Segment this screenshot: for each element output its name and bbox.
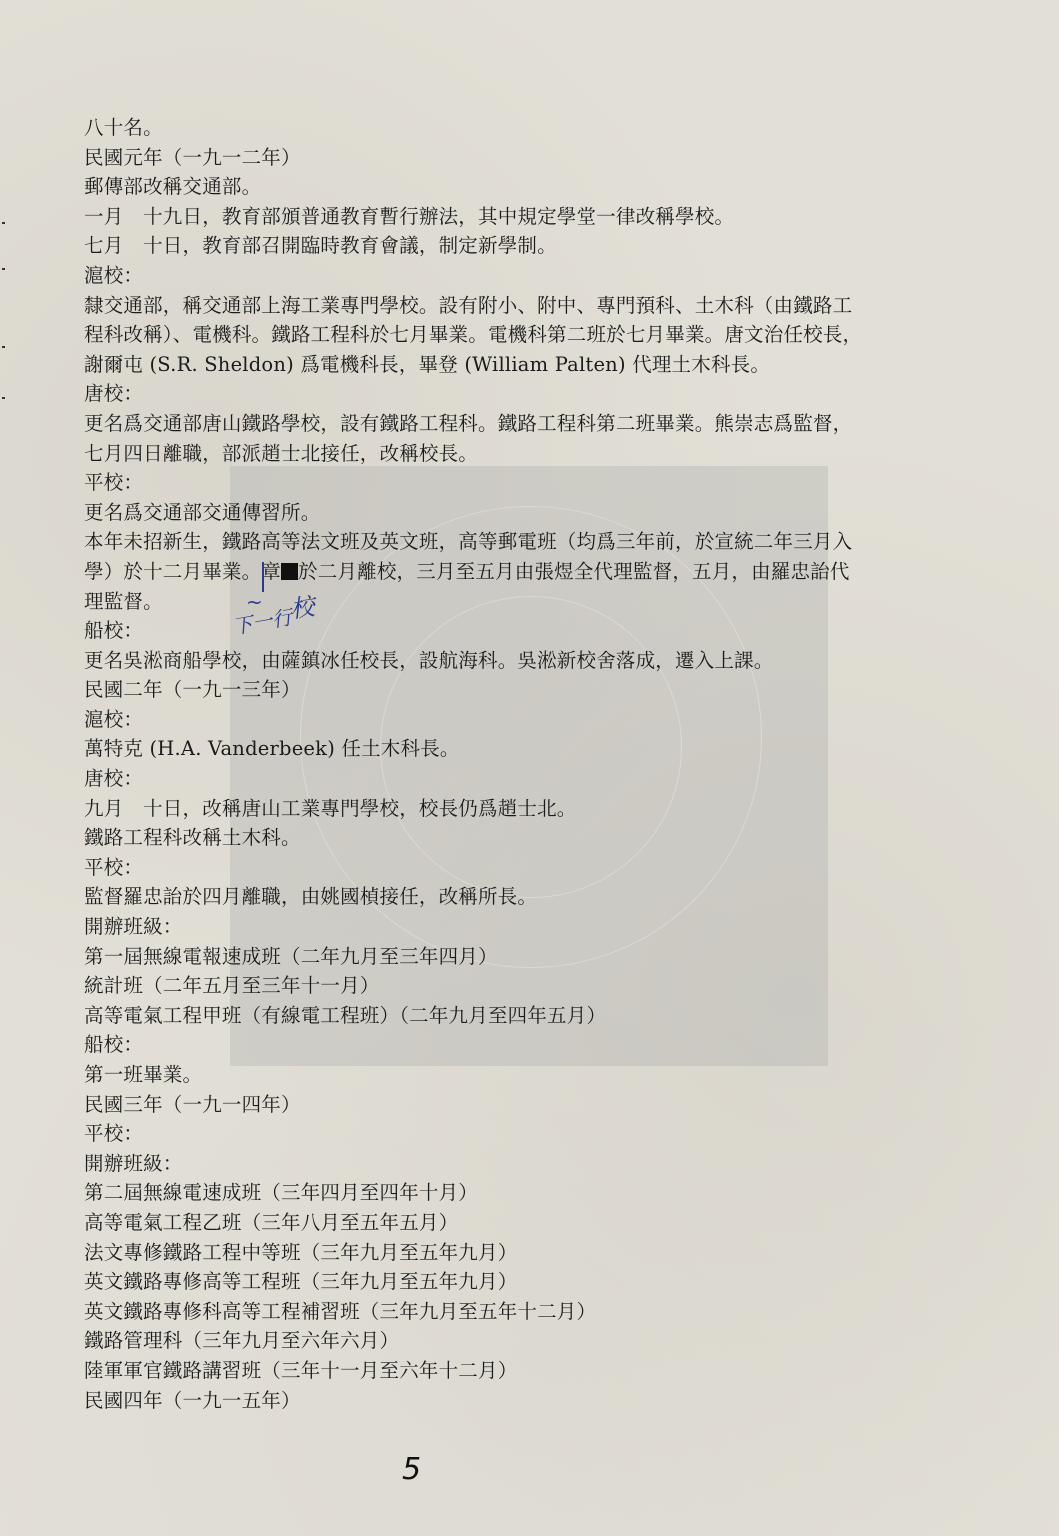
page-number: 5 bbox=[402, 1452, 421, 1487]
text-line: 鐵路工程科改稱土木科。 bbox=[84, 823, 964, 853]
margin-speck bbox=[2, 397, 5, 399]
text-line: 九月 十日，改稱唐山工業專門學校，校長仍爲趙士北。 bbox=[84, 794, 964, 824]
handwritten-insert-mark bbox=[262, 562, 264, 592]
year-heading: 民國二年（一九一三年） bbox=[84, 675, 964, 705]
class-item: 第一屆無線電報速成班（二年九月至三年四月） bbox=[84, 942, 964, 972]
text-line: 第一班畢業。 bbox=[84, 1060, 964, 1090]
document-body: 八十名。 民國元年（一九一二年） 郵傳部改稱交通部。 一月 十九日，教育部頒普通… bbox=[84, 113, 964, 1415]
text-line: 萬特克 (H.A. Vanderbeek) 任土木科長。 bbox=[84, 734, 964, 764]
text-line-with-redaction: 學）於十二月畢業。章於二月離校，三月至五月由張煜全代理監督，五月，由羅忠詒代 bbox=[84, 557, 964, 587]
text-line: 隸交通部，稱交通部上海工業專門學校。設有附小、附中、專門預科、土木科（由鐵路工 bbox=[84, 291, 964, 321]
margin-speck bbox=[2, 346, 5, 348]
text-line: 更名爲交通部交通傳習所。 bbox=[84, 498, 964, 528]
class-item: 高等電氣工程甲班（有線電工程班）（二年九月至四年五月） bbox=[84, 1001, 964, 1031]
school-heading: 唐校： bbox=[84, 379, 964, 409]
school-heading: 平校： bbox=[84, 1119, 964, 1149]
school-heading: 平校： bbox=[84, 853, 964, 883]
class-item: 鐵路管理科（三年九月至六年六月） bbox=[84, 1326, 964, 1356]
text-line: 八十名。 bbox=[84, 113, 964, 143]
handwritten-note-school: 校 bbox=[288, 587, 317, 625]
class-item: 法文專修鐵路工程中等班（三年九月至五年九月） bbox=[84, 1238, 964, 1268]
year-heading: 民國元年（一九一二年） bbox=[84, 143, 964, 173]
text-line: 監督羅忠詒於四月離職，由姚國楨接任，改稱所長。 bbox=[84, 882, 964, 912]
text-line: 更名爲交通部唐山鐵路學校，設有鐵路工程科。鐵路工程科第二班畢業。熊崇志爲監督， bbox=[84, 409, 964, 439]
school-heading: 唐校： bbox=[84, 764, 964, 794]
margin-speck bbox=[2, 222, 5, 224]
school-heading: 船校： bbox=[84, 616, 964, 646]
text-line: 郵傳部改稱交通部。 bbox=[84, 172, 964, 202]
year-heading: 民國三年（一九一四年） bbox=[84, 1090, 964, 1120]
school-heading: 滬校： bbox=[84, 705, 964, 735]
text-line: 理監督。 bbox=[84, 587, 964, 617]
redaction-block bbox=[281, 563, 298, 580]
margin-speck bbox=[2, 268, 5, 270]
text-line: 更名吳淞商船學校，由薩鎮冰任校長，設航海科。吳淞新校舍落成，遷入上課。 bbox=[84, 646, 964, 676]
school-heading: 滬校： bbox=[84, 261, 964, 291]
school-heading: 船校： bbox=[84, 1030, 964, 1060]
text-line: 本年未招新生，鐵路高等法文班及英文班，高等郵電班（均爲三年前，於宣統二年三月入 bbox=[84, 527, 964, 557]
text-line: 七月四日離職，部派趙士北接任，改稱校長。 bbox=[84, 439, 964, 469]
class-item: 第二屆無線電速成班（三年四月至四年十月） bbox=[84, 1178, 964, 1208]
text-line: 程科改稱）、電機科。鐵路工程科於七月畢業。電機科第二班於七月畢業。唐文治任校長， bbox=[84, 320, 964, 350]
redacted-line-before: 學）於十二月畢業。章 bbox=[84, 560, 281, 583]
class-item: 陸軍軍官鐵路講習班（三年十一月至六年十二月） bbox=[84, 1356, 964, 1386]
year-heading: 民國四年（一九一五年） bbox=[84, 1386, 964, 1416]
class-item: 英文鐵路專修高等工程班（三年九月至五年九月） bbox=[84, 1267, 964, 1297]
class-item: 高等電氣工程乙班（三年八月至五年五月） bbox=[84, 1208, 964, 1238]
school-heading: 平校： bbox=[84, 468, 964, 498]
text-line: 一月 十九日，教育部頒普通教育暫行辦法，其中規定學堂一律改稱學校。 bbox=[84, 202, 964, 232]
section-heading: 開辦班級： bbox=[84, 912, 964, 942]
redacted-line-after: 於二月離校，三月至五月由張煜全代理監督，五月，由羅忠詒代 bbox=[298, 560, 850, 583]
class-item: 英文鐵路專修科高等工程補習班（三年九月至五年十二月） bbox=[84, 1297, 964, 1327]
class-item: 統計班（二年五月至三年十一月） bbox=[84, 971, 964, 1001]
text-line: 謝爾屯 (S.R. Sheldon) 爲電機科長，畢登 (William Pal… bbox=[84, 350, 964, 380]
text-line: 七月 十日，教育部召開臨時教育會議，制定新學制。 bbox=[84, 231, 964, 261]
section-heading: 開辦班級： bbox=[84, 1149, 964, 1179]
